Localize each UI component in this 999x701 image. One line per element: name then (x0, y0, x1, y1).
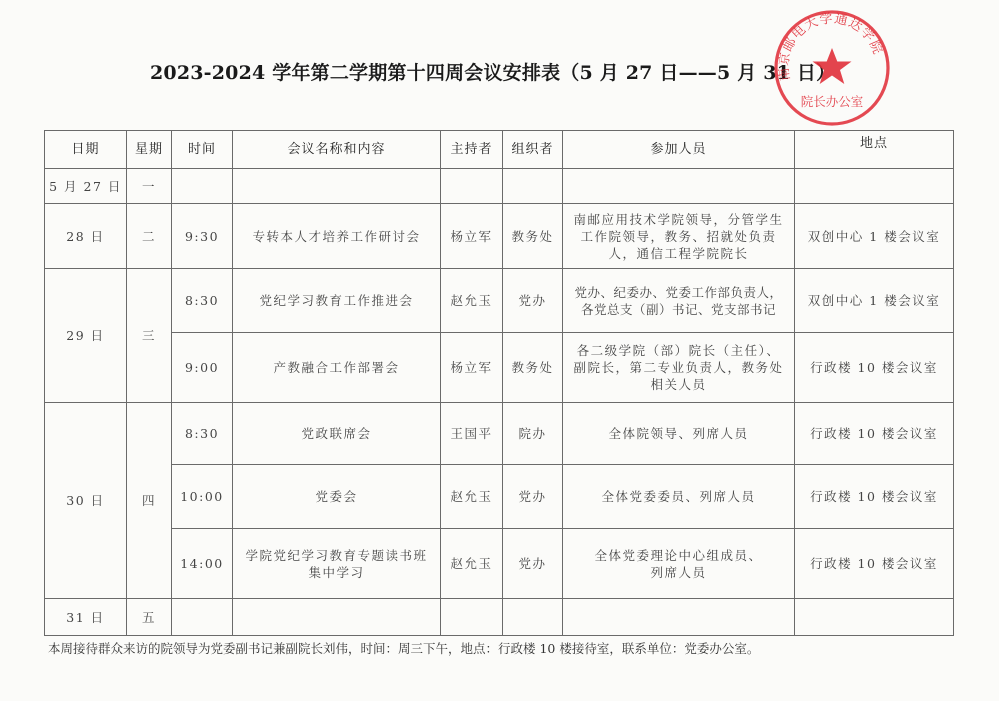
attendees-cell: 全体院领导、列席人员 (563, 403, 795, 465)
organizer-cell: 党办 (503, 269, 563, 333)
date-cell: 29 日 (45, 269, 127, 403)
meeting-cell: 产教融合工作部署会 (233, 333, 441, 403)
header-time: 时间 (172, 131, 233, 169)
location-cell (795, 169, 954, 204)
location-cell: 行政楼 10 楼会议室 (795, 403, 954, 465)
attendees-cell: 南邮应用技术学院领导，分管学生工作院领导，教务、招就处负责人，通信工程学院院长 (563, 204, 795, 269)
date-cell: 31 日 (45, 599, 127, 636)
organizer-cell: 教务处 (503, 204, 563, 269)
meeting-cell: 专转本人才培养工作研讨会 (233, 204, 441, 269)
table-row: 5 月 27 日 一 (45, 169, 954, 204)
meeting-cell (233, 599, 441, 636)
table-row: 29 日 三 8:30 党纪学习教育工作推进会 赵允玉 党办 党办、纪委办、党委… (45, 269, 954, 333)
time-cell (172, 599, 233, 636)
organizer-cell: 党办 (503, 465, 563, 529)
seal-center-text: 院长办公室 (801, 94, 864, 109)
meeting-schedule-table: 日期 星期 时间 会议名称和内容 主持者 组织者 参加人员 地点 5 月 27 … (44, 130, 954, 636)
table-row: 10:00 党委会 赵允玉 党办 全体党委委员、列席人员 行政楼 10 楼会议室 (45, 465, 954, 529)
table-row: 14:00 学院党纪学习教育专题读书班集中学习 赵允玉 党办 全体党委理论中心组… (45, 529, 954, 599)
weekday-cell: 三 (127, 269, 172, 403)
location-cell: 双创中心 1 楼会议室 (795, 269, 954, 333)
organizer-cell: 教务处 (503, 333, 563, 403)
organizer-cell (503, 169, 563, 204)
host-cell (441, 169, 503, 204)
header-date: 日期 (45, 131, 127, 169)
meeting-cell (233, 169, 441, 204)
meeting-cell: 党政联席会 (233, 403, 441, 465)
attendees-cell (563, 599, 795, 636)
attendees-cell: 党办、纪委办、党委工作部负责人，各党总支（副）书记、党支部书记 (563, 269, 795, 333)
weekday-cell: 四 (127, 403, 172, 599)
weekday-cell: 二 (127, 204, 172, 269)
attendees-cell: 全体党委委员、列席人员 (563, 465, 795, 529)
date-cell: 30 日 (45, 403, 127, 599)
attendees-cell: 全体党委理论中心组成员、列席人员 (563, 529, 795, 599)
location-cell: 行政楼 10 楼会议室 (795, 333, 954, 403)
host-cell: 杨立军 (441, 204, 503, 269)
location-cell (795, 599, 954, 636)
header-meeting: 会议名称和内容 (233, 131, 441, 169)
time-cell: 8:30 (172, 269, 233, 333)
location-cell: 行政楼 10 楼会议室 (795, 465, 954, 529)
date-cell: 5 月 27 日 (45, 169, 127, 204)
host-cell: 赵允玉 (441, 465, 503, 529)
organizer-cell (503, 599, 563, 636)
table-row: 28 日 二 9:30 专转本人才培养工作研讨会 杨立军 教务处 南邮应用技术学… (45, 204, 954, 269)
table-row: 9:00 产教融合工作部署会 杨立军 教务处 各二级学院（部）院长（主任）、副院… (45, 333, 954, 403)
location-cell: 双创中心 1 楼会议室 (795, 204, 954, 269)
attendees-cell: 各二级学院（部）院长（主任）、副院长，第二专业负责人，教务处相关人员 (563, 333, 795, 403)
header-weekday: 星期 (127, 131, 172, 169)
header-host: 主持者 (441, 131, 503, 169)
header-attendees: 参加人员 (563, 131, 795, 169)
meeting-cell: 学院党纪学习教育专题读书班集中学习 (233, 529, 441, 599)
host-cell (441, 599, 503, 636)
time-cell: 9:30 (172, 204, 233, 269)
table-row: 31 日 五 (45, 599, 954, 636)
meeting-cell: 党委会 (233, 465, 441, 529)
table-row: 30 日 四 8:30 党政联席会 王国平 院办 全体院领导、列席人员 行政楼 … (45, 403, 954, 465)
date-cell: 28 日 (45, 204, 127, 269)
header-organizer: 组织者 (503, 131, 563, 169)
time-cell (172, 169, 233, 204)
location-cell: 行政楼 10 楼会议室 (795, 529, 954, 599)
time-cell: 10:00 (172, 465, 233, 529)
meeting-cell: 党纪学习教育工作推进会 (233, 269, 441, 333)
weekday-cell: 五 (127, 599, 172, 636)
weekday-cell: 一 (127, 169, 172, 204)
host-cell: 赵允玉 (441, 269, 503, 333)
organizer-cell: 院办 (503, 403, 563, 465)
page-title: 2023-2024 学年第二学期第十四周会议安排表（5 月 27 日——5 月 … (150, 58, 850, 85)
organizer-cell: 党办 (503, 529, 563, 599)
host-cell: 赵允玉 (441, 529, 503, 599)
host-cell: 王国平 (441, 403, 503, 465)
header-location: 地点 (795, 131, 954, 169)
footnote: 本周接待群众来访的院领导为党委副书记兼副院长刘伟，时间：周三下午，地点：行政楼 … (48, 639, 759, 657)
time-cell: 14:00 (172, 529, 233, 599)
time-cell: 9:00 (172, 333, 233, 403)
attendees-cell (563, 169, 795, 204)
host-cell: 杨立军 (441, 333, 503, 403)
header-row: 日期 星期 时间 会议名称和内容 主持者 组织者 参加人员 地点 (45, 131, 954, 169)
time-cell: 8:30 (172, 403, 233, 465)
